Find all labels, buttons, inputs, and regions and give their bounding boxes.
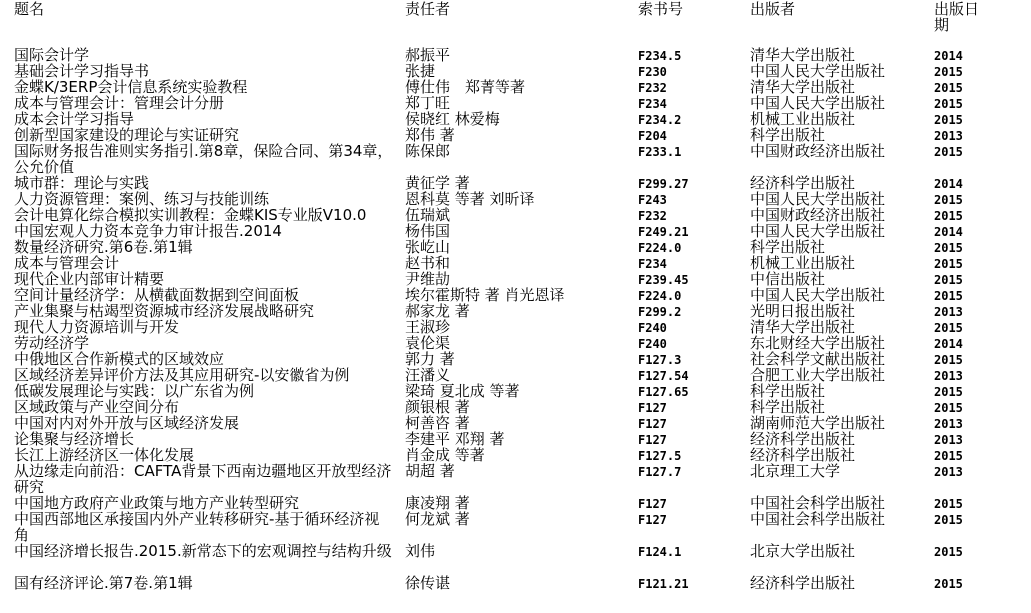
publisher-cell: 中国人民大学出版社 xyxy=(750,287,885,303)
year-cell: 2015 xyxy=(934,64,963,80)
year-cell: 2014 xyxy=(934,224,963,240)
year-cell: 2015 xyxy=(934,272,963,288)
author-cell: 傅仕伟 郑菁等著 xyxy=(405,79,525,95)
title-cell: 现代人力资源培训与开发 xyxy=(14,319,394,335)
author-cell: 恩科莫 等著 刘昕译 xyxy=(405,191,535,207)
table-row[interactable]: 中俄地区合作新模式的区域效应郭力 著F127.3社会科学文献出版社2015 xyxy=(0,351,1031,367)
publisher-cell: 科学出版社 xyxy=(750,239,825,255)
publisher-cell: 中国人民大学出版社 xyxy=(750,63,885,79)
call-number-cell: F234 xyxy=(638,256,667,272)
publisher-cell: 经济科学出版社 xyxy=(750,575,855,591)
publisher-cell: 中国社会科学出版社 xyxy=(750,511,885,527)
table-header: 题名 责任者 索书号 出版者 出版日期 xyxy=(0,0,1031,47)
title-cell: 中国经济增长报告.2015.新常态下的宏观调控与结构升级 xyxy=(14,543,394,559)
author-cell: 何龙斌 著 xyxy=(405,511,470,527)
table-row[interactable]: 金蝶K/3ERP会计信息系统实验教程傅仕伟 郑菁等著F232清华大学出版社201… xyxy=(0,79,1031,95)
publisher-cell: 清华大学出版社 xyxy=(750,47,855,63)
publisher-cell: 中国人民大学出版社 xyxy=(750,223,885,239)
publisher-cell: 中国社会科学出版社 xyxy=(750,495,885,511)
author-cell: 侯晓红 林爱梅 xyxy=(405,111,500,127)
call-number-cell: F233.1 xyxy=(638,144,681,160)
title-cell: 国有经济评论.第7卷.第1辑 xyxy=(14,575,394,591)
author-cell: 肖金成 等著 xyxy=(405,447,485,463)
table-row[interactable]: 现代企业内部审计精要尹维劼F239.45中信出版社2015 xyxy=(0,271,1031,287)
header-title[interactable]: 题名 xyxy=(14,1,44,17)
year-cell: 2015 xyxy=(934,544,963,560)
year-cell: 2015 xyxy=(934,320,963,336)
year-cell: 2015 xyxy=(934,400,963,416)
title-cell: 金蝶K/3ERP会计信息系统实验教程 xyxy=(14,79,394,95)
table-row[interactable]: 区域经济差异评价方法及其应用研究-以安徽省为例汪潘义F127.54合肥工业大学出… xyxy=(0,367,1031,383)
book-list: 国际会计学郝振平F234.5清华大学出版社2014基础会计学习指导书张捷F230… xyxy=(0,47,1031,591)
publisher-cell: 科学出版社 xyxy=(750,399,825,415)
call-number-cell: F127 xyxy=(638,432,667,448)
publisher-cell: 机械工业出版社 xyxy=(750,255,855,271)
title-cell: 低碳发展理论与实践：以广东省为例 xyxy=(14,383,394,399)
year-cell: 2015 xyxy=(934,448,963,464)
call-number-cell: F121.21 xyxy=(638,576,689,592)
publisher-cell: 社会科学文献出版社 xyxy=(750,351,885,367)
table-row[interactable]: 低碳发展理论与实践：以广东省为例梁琦 夏北成 等著F127.65科学出版社201… xyxy=(0,383,1031,399)
publisher-cell: 光明日报出版社 xyxy=(750,303,855,319)
publisher-cell: 东北财经大学出版社 xyxy=(750,335,885,351)
title-cell: 国际财务报告准则实务指引.第8章，保险合同、第34章，公允价值 xyxy=(14,143,394,175)
year-cell: 2015 xyxy=(934,496,963,512)
publisher-cell: 湖南师范大学出版社 xyxy=(750,415,885,431)
header-call-number[interactable]: 索书号 xyxy=(638,1,683,17)
title-cell: 中国宏观人力资本竞争力审计报告.2014 xyxy=(14,223,394,239)
author-cell: 柯善咨 著 xyxy=(405,415,470,431)
author-cell: 杨伟国 xyxy=(405,223,450,239)
publisher-cell: 科学出版社 xyxy=(750,383,825,399)
table-row[interactable]: 创新型国家建设的理论与实证研究郑伟 著F204科学出版社2013 xyxy=(0,127,1031,143)
author-cell: 颜银根 著 xyxy=(405,399,470,415)
publisher-cell: 中国人民大学出版社 xyxy=(750,95,885,111)
author-cell: 张屹山 xyxy=(405,239,450,255)
title-cell: 成本与管理会计 xyxy=(14,255,394,271)
call-number-cell: F239.45 xyxy=(638,272,689,288)
year-cell: 2014 xyxy=(934,176,963,192)
year-cell: 2015 xyxy=(934,384,963,400)
call-number-cell: F224.0 xyxy=(638,288,681,304)
publisher-cell: 清华大学出版社 xyxy=(750,319,855,335)
call-number-cell: F243 xyxy=(638,192,667,208)
publisher-cell: 北京理工大学 xyxy=(750,463,840,479)
year-cell: 2013 xyxy=(934,128,963,144)
call-number-cell: F127.54 xyxy=(638,368,689,384)
year-cell: 2015 xyxy=(934,208,963,224)
year-cell: 2015 xyxy=(934,576,963,592)
author-cell: 张捷 xyxy=(405,63,435,79)
call-number-cell: F234 xyxy=(638,96,667,112)
publisher-cell: 清华大学出版社 xyxy=(750,79,855,95)
publisher-cell: 中国财政经济出版社 xyxy=(750,207,885,223)
publisher-cell: 中国人民大学出版社 xyxy=(750,191,885,207)
call-number-cell: F234.5 xyxy=(638,48,681,64)
table-row[interactable]: 中国宏观人力资本竞争力审计报告.2014杨伟国F249.21中国人民大学出版社2… xyxy=(0,223,1031,239)
title-cell: 空间计量经济学：从横截面数据到空间面板 xyxy=(14,287,394,303)
call-number-cell: F232 xyxy=(638,80,667,96)
author-cell: 康凌翔 著 xyxy=(405,495,470,511)
call-number-cell: F240 xyxy=(638,336,667,352)
table-row[interactable]: 区域政策与产业空间分布颜银根 著F127科学出版社2015 xyxy=(0,399,1031,415)
author-cell: 王淑珍 xyxy=(405,319,450,335)
title-cell: 从边缘走向前沿：CAFTA背景下西南边疆地区开放型经济研究 xyxy=(14,463,394,495)
table-row[interactable]: 中国地方政府产业政策与地方产业转型研究康凌翔 著F127中国社会科学出版社201… xyxy=(0,495,1031,511)
publisher-cell: 科学出版社 xyxy=(750,127,825,143)
year-cell: 2015 xyxy=(934,512,963,528)
title-cell: 区域经济差异评价方法及其应用研究-以安徽省为例 xyxy=(14,367,394,383)
table-row[interactable]: 基础会计学习指导书张捷F230中国人民大学出版社2015 xyxy=(0,63,1031,79)
year-cell: 2015 xyxy=(934,80,963,96)
author-cell: 郝家龙 著 xyxy=(405,303,470,319)
call-number-cell: F127 xyxy=(638,512,667,528)
call-number-cell: F204 xyxy=(638,128,667,144)
call-number-cell: F299.27 xyxy=(638,176,689,192)
publisher-cell: 中信出版社 xyxy=(750,271,825,287)
publisher-cell: 经济科学出版社 xyxy=(750,175,855,191)
call-number-cell: F124.1 xyxy=(638,544,681,560)
title-cell: 人力资源管理：案例、练习与技能训练 xyxy=(14,191,394,207)
table-row[interactable]: 产业集聚与枯竭型资源城市经济发展战略研究郝家龙 著F299.2光明日报出版社20… xyxy=(0,303,1031,319)
table-row[interactable]: 现代人力资源培训与开发王淑珍F240清华大学出版社2015 xyxy=(0,319,1031,335)
title-cell: 中国西部地区承接国内外产业转移研究-基于循环经济视角 xyxy=(14,511,394,543)
publisher-cell: 经济科学出版社 xyxy=(750,431,855,447)
title-cell: 成本会计学习指导 xyxy=(14,111,394,127)
title-cell: 城市群：理论与实践 xyxy=(14,175,394,191)
call-number-cell: F249.21 xyxy=(638,224,689,240)
table-row[interactable]: 数量经济研究.第6卷.第1辑张屹山F224.0科学出版社2015 xyxy=(0,239,1031,255)
table-row[interactable]: 人力资源管理：案例、练习与技能训练恩科莫 等著 刘昕译F243中国人民大学出版社… xyxy=(0,191,1031,207)
call-number-cell: F230 xyxy=(638,64,667,80)
call-number-cell: F240 xyxy=(638,320,667,336)
year-cell: 2013 xyxy=(934,464,963,480)
call-number-cell: F127 xyxy=(638,416,667,432)
call-number-cell: F127.3 xyxy=(638,352,681,368)
title-cell: 国际会计学 xyxy=(14,47,394,63)
call-number-cell: F232 xyxy=(638,208,667,224)
table-row[interactable]: 成本与管理会计赵书和F234机械工业出版社2015 xyxy=(0,255,1031,271)
call-number-cell: F224.0 xyxy=(638,240,681,256)
title-cell: 创新型国家建设的理论与实证研究 xyxy=(14,127,394,143)
call-number-cell: F127 xyxy=(638,400,667,416)
table-row[interactable]: 国际财务报告准则实务指引.第8章，保险合同、第34章，公允价值陈保郎F233.1… xyxy=(0,143,1031,175)
author-cell: 郑伟 著 xyxy=(405,127,455,143)
publisher-cell: 经济科学出版社 xyxy=(750,447,855,463)
author-cell: 尹维劼 xyxy=(405,271,450,287)
title-cell: 产业集聚与枯竭型资源城市经济发展战略研究 xyxy=(14,303,394,319)
publisher-cell: 中国财政经济出版社 xyxy=(750,143,885,159)
publisher-cell: 合肥工业大学出版社 xyxy=(750,367,885,383)
call-number-cell: F127.5 xyxy=(638,448,681,464)
call-number-cell: F127.7 xyxy=(638,464,681,480)
table-row[interactable]: 国际会计学郝振平F234.5清华大学出版社2014 xyxy=(0,47,1031,63)
author-cell: 刘伟 xyxy=(405,543,435,559)
year-cell: 2015 xyxy=(934,96,963,112)
year-cell: 2013 xyxy=(934,416,963,432)
title-cell: 现代企业内部审计精要 xyxy=(14,271,394,287)
table-row[interactable]: 中国经济增长报告.2015.新常态下的宏观调控与结构升级刘伟F124.1北京大学… xyxy=(0,543,1031,575)
title-cell: 区域政策与产业空间分布 xyxy=(14,399,394,415)
publisher-cell: 机械工业出版社 xyxy=(750,111,855,127)
year-cell: 2015 xyxy=(934,288,963,304)
year-cell: 2015 xyxy=(934,240,963,256)
title-cell: 数量经济研究.第6卷.第1辑 xyxy=(14,239,394,255)
author-cell: 汪潘义 xyxy=(405,367,450,383)
table-row[interactable]: 劳动经济学袁伦渠F240东北财经大学出版社2014 xyxy=(0,335,1031,351)
header-year[interactable]: 出版日期 xyxy=(934,1,984,33)
author-cell: 郑丁旺 xyxy=(405,95,450,111)
year-cell: 2015 xyxy=(934,192,963,208)
table-row[interactable]: 城市群：理论与实践黄征学 著F299.27经济科学出版社2014 xyxy=(0,175,1031,191)
year-cell: 2014 xyxy=(934,336,963,352)
author-cell: 埃尔霍斯特 著 肖光恩译 xyxy=(405,287,565,303)
title-cell: 成本与管理会计：管理会计分册 xyxy=(14,95,394,111)
author-cell: 梁琦 夏北成 等著 xyxy=(405,383,520,399)
author-cell: 陈保郎 xyxy=(405,143,450,159)
year-cell: 2015 xyxy=(934,256,963,272)
title-cell: 中国对内对外开放与区域经济发展 xyxy=(14,415,394,431)
year-cell: 2013 xyxy=(934,432,963,448)
table-row[interactable]: 空间计量经济学：从横截面数据到空间面板埃尔霍斯特 著 肖光恩译F224.0中国人… xyxy=(0,287,1031,303)
author-cell: 李建平 邓翔 著 xyxy=(405,431,505,447)
year-cell: 2013 xyxy=(934,368,963,384)
author-cell: 袁伦渠 xyxy=(405,335,450,351)
title-cell: 基础会计学习指导书 xyxy=(14,63,394,79)
table-row[interactable]: 会计电算化综合模拟实训教程：金蝶KIS专业版V10.0伍瑞斌F232中国财政经济… xyxy=(0,207,1031,223)
author-cell: 赵书和 xyxy=(405,255,450,271)
author-cell: 胡超 著 xyxy=(405,463,455,479)
table-row[interactable]: 国有经济评论.第7卷.第1辑徐传谌F121.21经济科学出版社2015 xyxy=(0,575,1031,591)
title-cell: 长江上游经济区一体化发展 xyxy=(14,447,394,463)
title-cell: 会计电算化综合模拟实训教程：金蝶KIS专业版V10.0 xyxy=(14,207,394,223)
year-cell: 2015 xyxy=(934,112,963,128)
call-number-cell: F299.2 xyxy=(638,304,681,320)
call-number-cell: F127 xyxy=(638,496,667,512)
table-row[interactable]: 成本会计学习指导侯晓红 林爱梅F234.2机械工业出版社2015 xyxy=(0,111,1031,127)
table-row[interactable]: 中国对内对外开放与区域经济发展柯善咨 著F127湖南师范大学出版社2013 xyxy=(0,415,1031,431)
year-cell: 2015 xyxy=(934,144,963,160)
author-cell: 郭力 著 xyxy=(405,351,455,367)
title-cell: 中俄地区合作新模式的区域效应 xyxy=(14,351,394,367)
header-publisher[interactable]: 出版者 xyxy=(750,1,795,17)
table-row[interactable]: 成本与管理会计：管理会计分册郑丁旺F234中国人民大学出版社2015 xyxy=(0,95,1031,111)
title-cell: 论集聚与经济增长 xyxy=(14,431,394,447)
table-row[interactable]: 中国西部地区承接国内外产业转移研究-基于循环经济视角何龙斌 著F127中国社会科… xyxy=(0,511,1031,543)
year-cell: 2013 xyxy=(934,304,963,320)
author-cell: 黄征学 著 xyxy=(405,175,470,191)
header-author[interactable]: 责任者 xyxy=(405,1,450,17)
author-cell: 郝振平 xyxy=(405,47,450,63)
publisher-cell: 北京大学出版社 xyxy=(750,543,855,559)
table-row[interactable]: 论集聚与经济增长李建平 邓翔 著F127经济科学出版社2013 xyxy=(0,431,1031,447)
table-row[interactable]: 长江上游经济区一体化发展肖金成 等著F127.5经济科学出版社2015 xyxy=(0,447,1031,463)
call-number-cell: F234.2 xyxy=(638,112,681,128)
year-cell: 2014 xyxy=(934,48,963,64)
year-cell: 2015 xyxy=(934,352,963,368)
table-row[interactable]: 从边缘走向前沿：CAFTA背景下西南边疆地区开放型经济研究胡超 著F127.7北… xyxy=(0,463,1031,495)
call-number-cell: F127.65 xyxy=(638,384,689,400)
author-cell: 伍瑞斌 xyxy=(405,207,450,223)
title-cell: 劳动经济学 xyxy=(14,335,394,351)
author-cell: 徐传谌 xyxy=(405,575,450,591)
title-cell: 中国地方政府产业政策与地方产业转型研究 xyxy=(14,495,394,511)
